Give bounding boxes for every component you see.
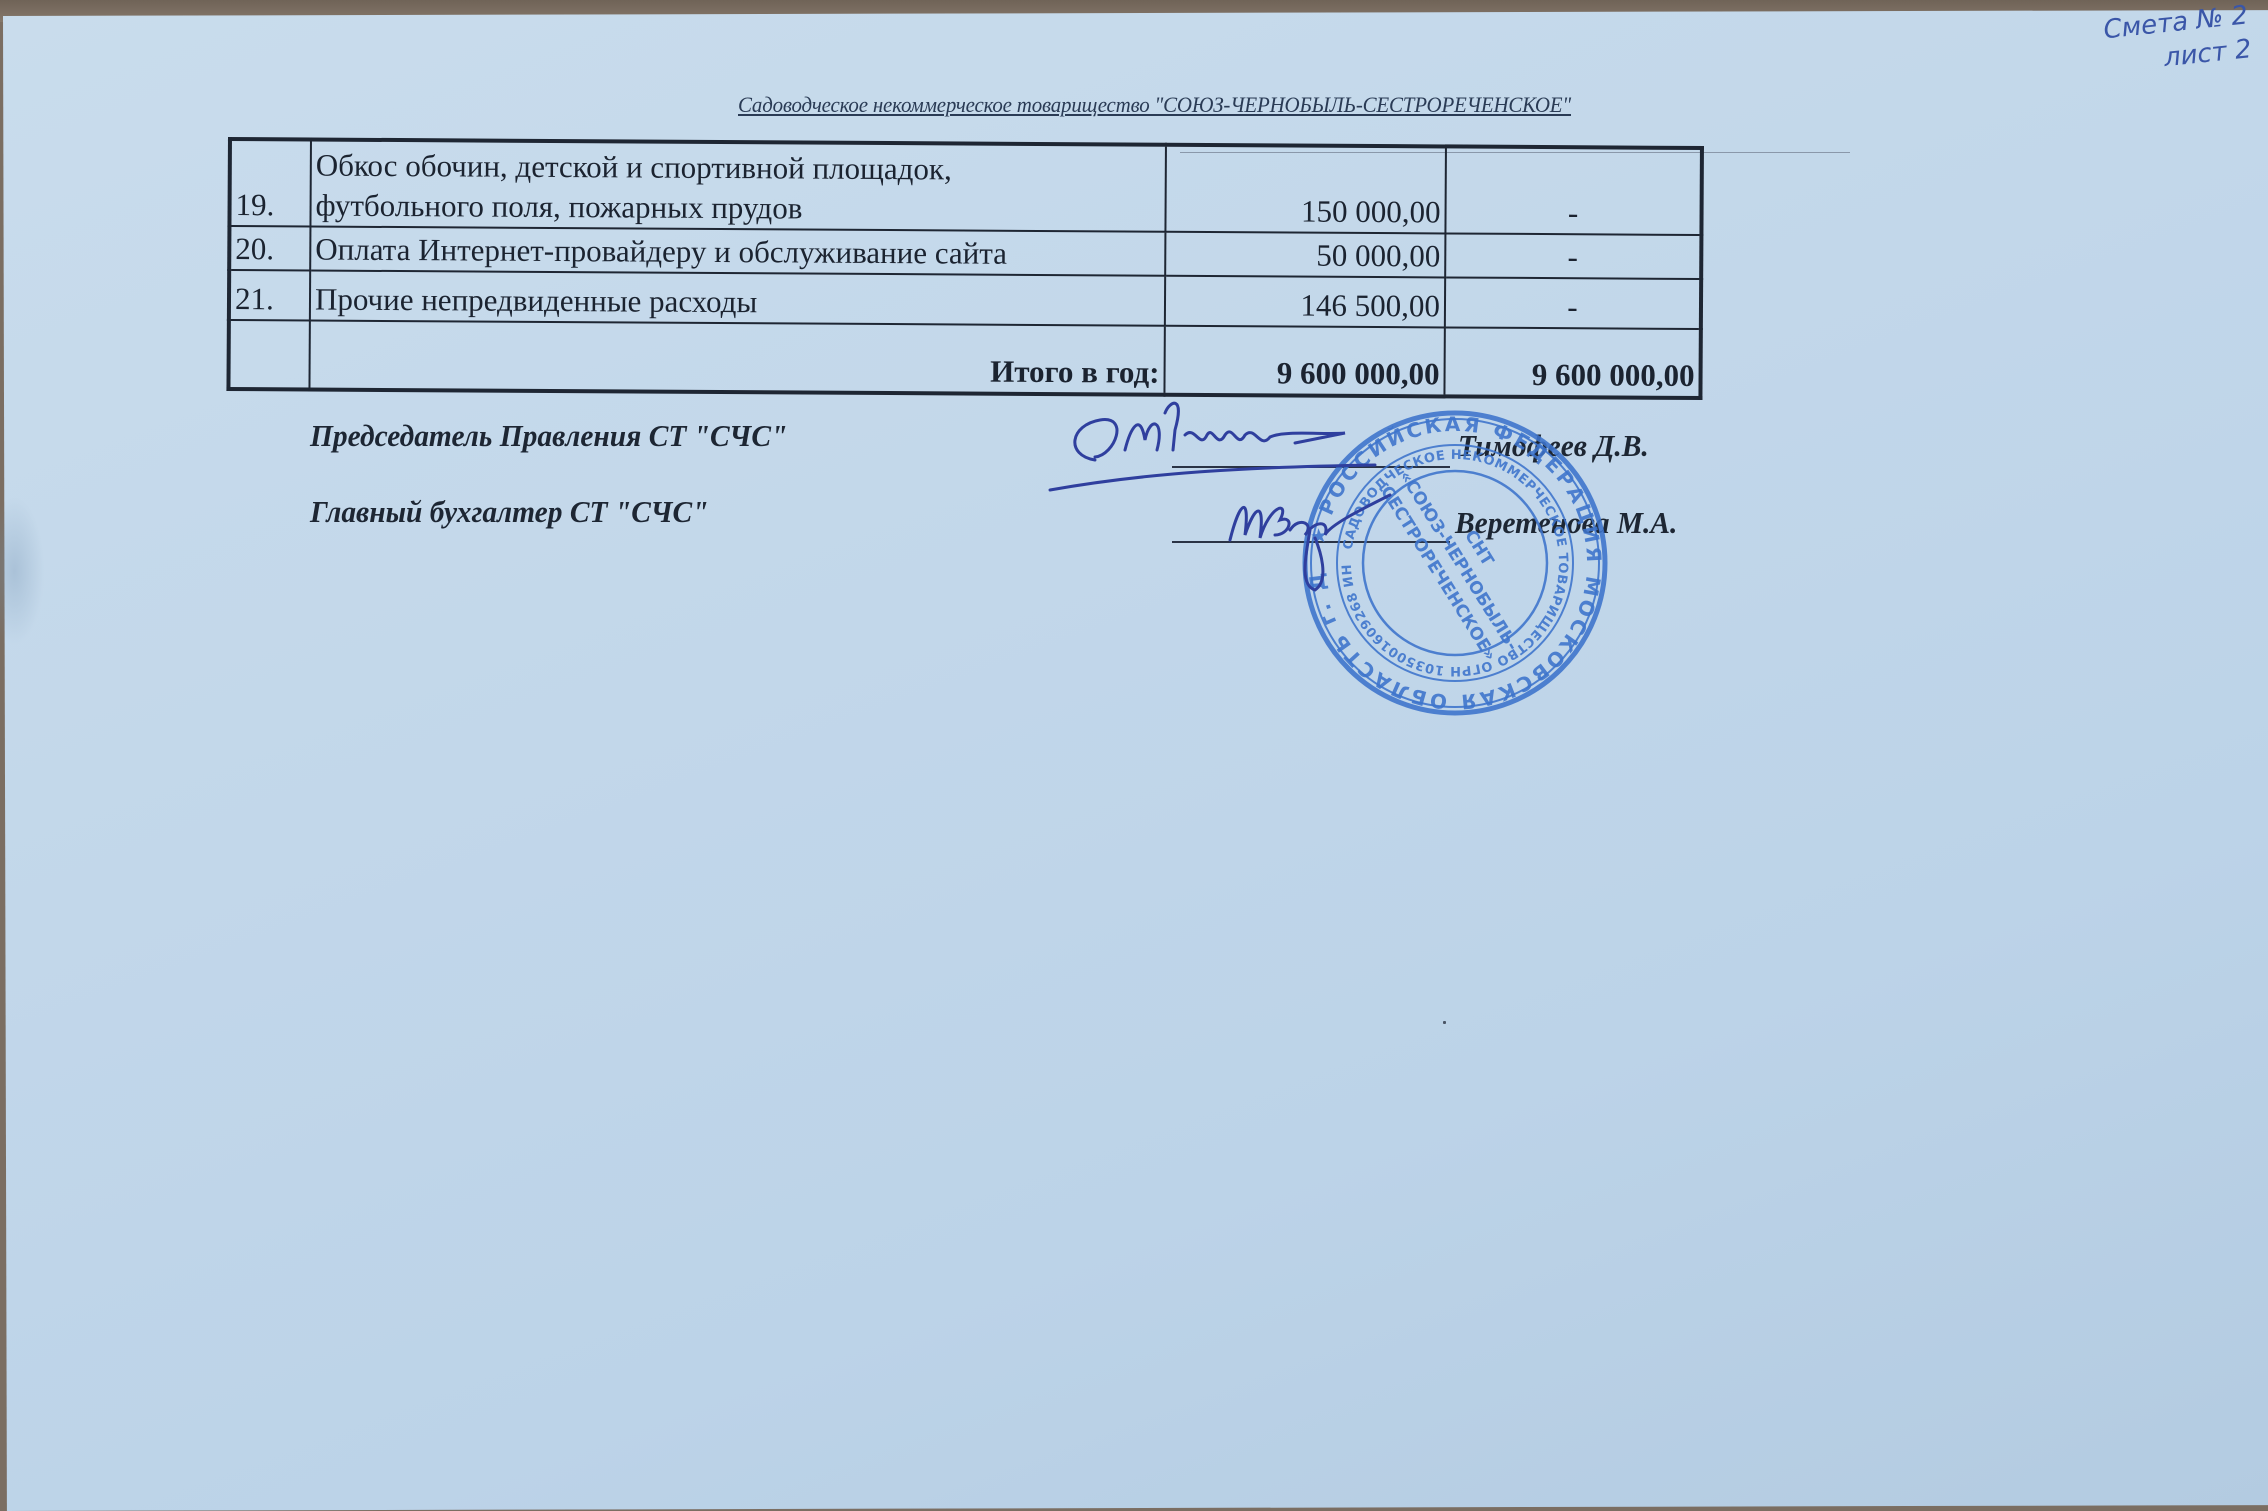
total-amount-2: 9 600 000,00 (1444, 327, 1700, 398)
row-number: 21. (229, 270, 310, 320)
chairman-role: Председатель Правления СТ "СЧС" (310, 418, 787, 454)
row-number: 19. (229, 139, 311, 226)
total-label: Итого в год: (309, 321, 1164, 395)
row-amount-2: - (1445, 146, 1702, 235)
row-amount: 150 000,00 (1165, 145, 1446, 234)
description-line: Обкос обочин, детской и спортивной площа… (316, 146, 1161, 191)
paper-speck (1443, 1021, 1446, 1024)
paper-shadow (0, 496, 45, 646)
total-amount: 9 600 000,00 (1164, 326, 1444, 397)
table-row: 21. Прочие непредвиденные расходы 146 50… (229, 270, 1701, 329)
row-amount-2: - (1445, 277, 1701, 329)
accountant-role: Главный бухгалтер СТ "СЧС" (310, 494, 708, 530)
budget-table: 19. Обкос обочин, детской и спортивной п… (226, 137, 1704, 400)
chairman-signature (1045, 395, 1465, 495)
total-empty-cell (228, 320, 309, 389)
row-amount-2: - (1445, 233, 1701, 279)
total-row: Итого в год: 9 600 000,00 9 600 000,00 (228, 320, 1700, 398)
row-number: 20. (229, 226, 310, 270)
stamp-center-line: «СОЮЗ-ЧЕРНОБЫЛЬ- (1395, 467, 1522, 654)
row-description: Прочие непредвиденные расходы (310, 271, 1165, 326)
row-description: Обкос обочин, детской и спортивной площа… (310, 140, 1166, 232)
description-line: футбольного поля, пожарных прудов (315, 186, 1160, 231)
table-row: 19. Обкос обочин, детской и спортивной п… (229, 139, 1702, 235)
organization-header: Садоводческое некоммерческое товариществ… (738, 92, 1571, 118)
row-amount: 146 500,00 (1165, 276, 1445, 328)
row-amount: 50 000,00 (1165, 232, 1445, 278)
accountant-signature (1220, 490, 1410, 600)
row-description: Оплата Интернет-провайдеру и обслуживани… (310, 227, 1165, 276)
